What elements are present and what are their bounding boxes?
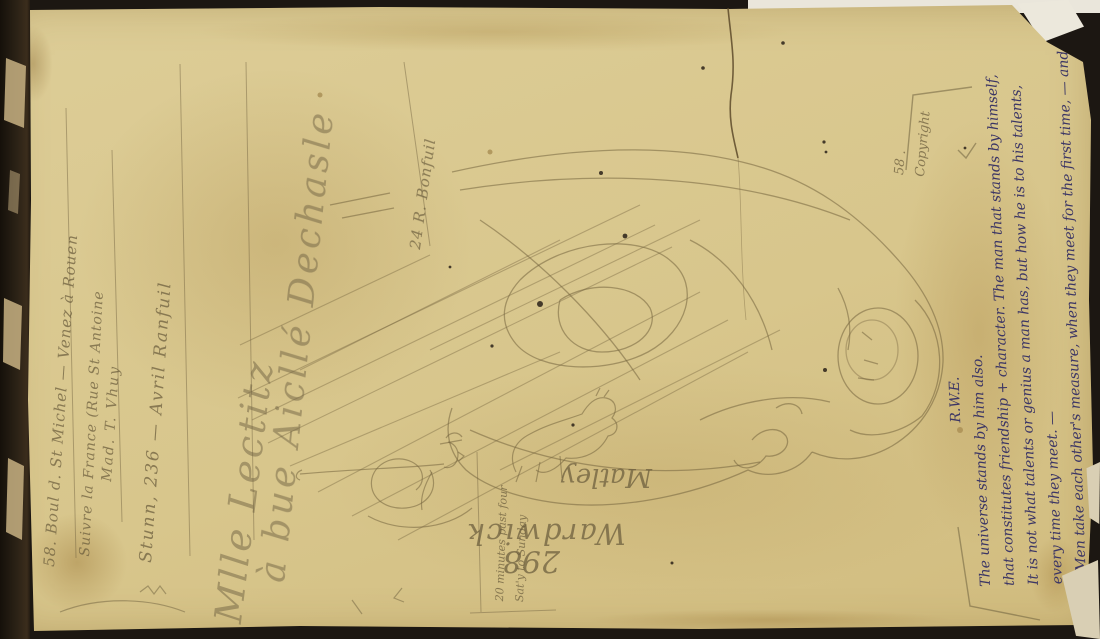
page-tear (728, 8, 746, 320)
flipped-word-matley: Matley (522, 434, 652, 492)
small-figure-sketch (296, 433, 472, 527)
binding-chips (3, 58, 26, 540)
ink-quote: R.W.E. The universe stands by him also. … (930, 8, 1098, 588)
flipped-word-wardwick: Wardwick (452, 485, 626, 551)
sketchbook-scan: R.W.E. The universe stands by him also. … (0, 0, 1100, 639)
